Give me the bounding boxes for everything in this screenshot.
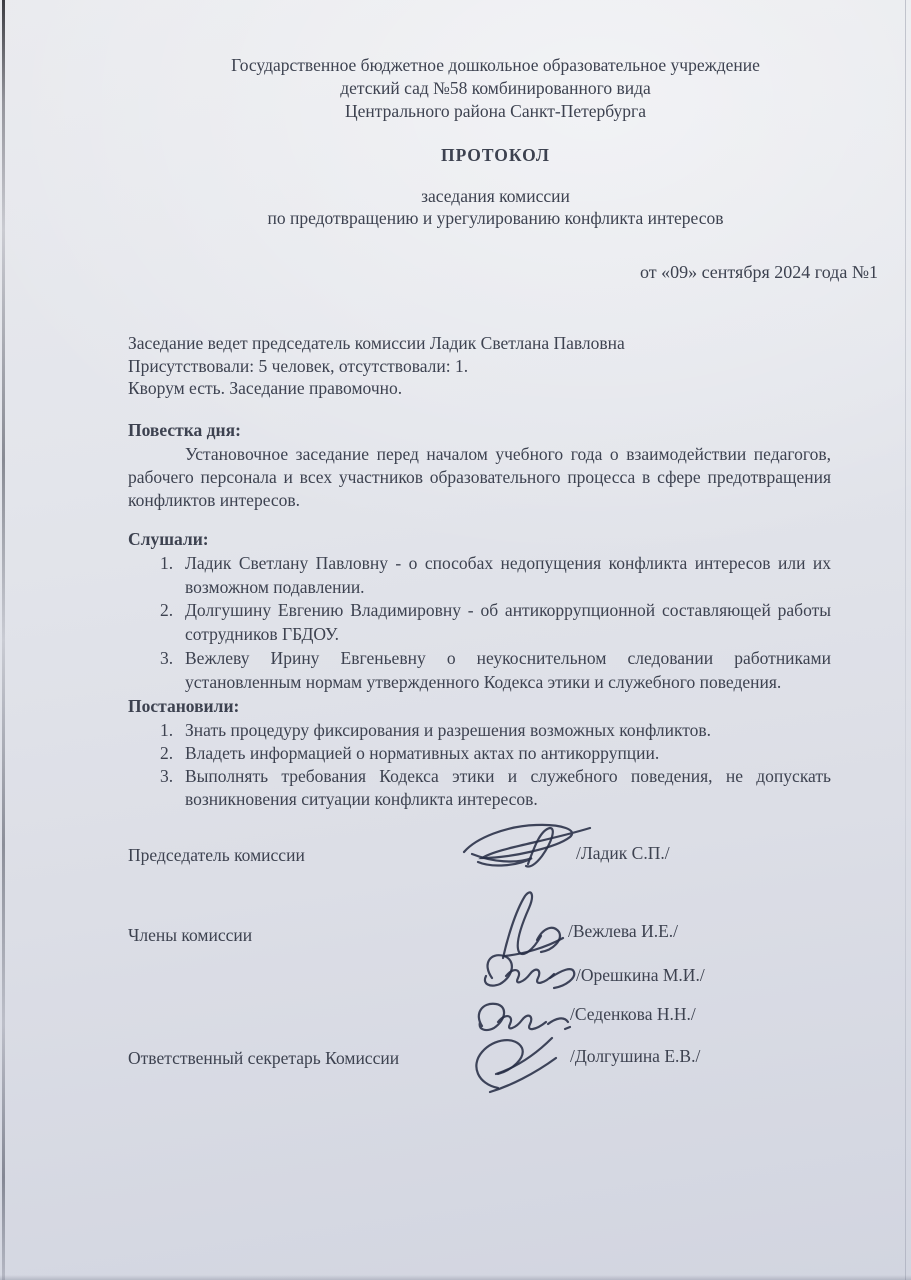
signature-role-secretary: Ответственный секретарь Комиссии — [128, 1048, 399, 1069]
intro-line-3: Кворум есть. Заседание правомочно. — [128, 377, 831, 400]
signature-name-ladik: /Ладик С.П./ — [576, 843, 670, 864]
heard-item-2: Долгушину Евгению Владимировну - об анти… — [160, 599, 831, 646]
document-title: ПРОТОКОЛ — [130, 145, 861, 166]
scanned-protocol-page: Государственное бюджетное дошкольное обр… — [0, 0, 911, 1280]
heard-item-1: Ладик Светлану Павловну - о способах нед… — [160, 552, 831, 599]
agenda-text: Установочное заседание перед началом уче… — [128, 443, 831, 512]
resolved-item-2: Владеть информацией о нормативных актах … — [160, 742, 831, 765]
resolved-item-3: Выполнять требования Кодекса этики и слу… — [160, 765, 831, 811]
signature-name-sedenkova: /Седенкова Н.Н./ — [570, 1004, 696, 1025]
resolved-heading: Постановили: — [128, 696, 831, 717]
page-right-edge-line — [905, 0, 906, 1280]
org-name-line-2: детский сад №58 комбинированного вида — [130, 77, 861, 100]
intro-paragraph: Заседание ведет председатель комиссии Ла… — [128, 332, 831, 400]
org-name-line-1: Государственное бюджетное дошкольное обр… — [130, 54, 861, 77]
org-name-line-3: Центрального района Санкт-Петербурга — [130, 100, 861, 123]
intro-line-1: Заседание ведет председатель комиссии Ла… — [128, 332, 831, 355]
signature-secretary-dolgushina — [460, 1030, 565, 1098]
heard-item-3: Вежлеву Ирину Евгеньевну о неукоснительн… — [160, 647, 831, 694]
org-header: Государственное бюджетное дошкольное обр… — [130, 54, 861, 123]
page-left-edge-shadow — [2, 0, 5, 1280]
signature-role-members: Члены комиссии — [128, 925, 252, 946]
date-number-line: от «09» сентября 2024 года №1 — [640, 262, 878, 283]
subtitle-line-2: по предотвращению и урегулированию конфл… — [130, 207, 861, 229]
heard-list: Ладик Светлану Павловну - о способах нед… — [128, 552, 831, 694]
heard-heading: Слушали: — [128, 529, 831, 550]
resolved-item-1: Знать процедуру фиксирования и разрешени… — [160, 719, 831, 742]
signature-name-oreshkina: /Орешкина М.И./ — [576, 965, 705, 986]
page-bottom-edge-shadow — [0, 1275, 911, 1280]
document-subtitle: заседания комиссии по предотвращению и у… — [130, 185, 861, 229]
signature-name-dolgushina: /Долгушина Е.В./ — [570, 1046, 700, 1067]
intro-line-2: Присутствовали: 5 человек, отсутствовали… — [128, 355, 831, 378]
agenda-heading: Повестка дня: — [128, 420, 831, 441]
signature-role-chairman: Председатель комиссии — [128, 845, 305, 866]
signature-name-vezhleva: /Вежлева И.Е./ — [568, 921, 678, 942]
signature-member-oreshkina — [470, 948, 578, 1003]
resolved-list: Знать процедуру фиксирования и разрешени… — [128, 719, 831, 811]
subtitle-line-1: заседания комиссии — [130, 185, 861, 207]
